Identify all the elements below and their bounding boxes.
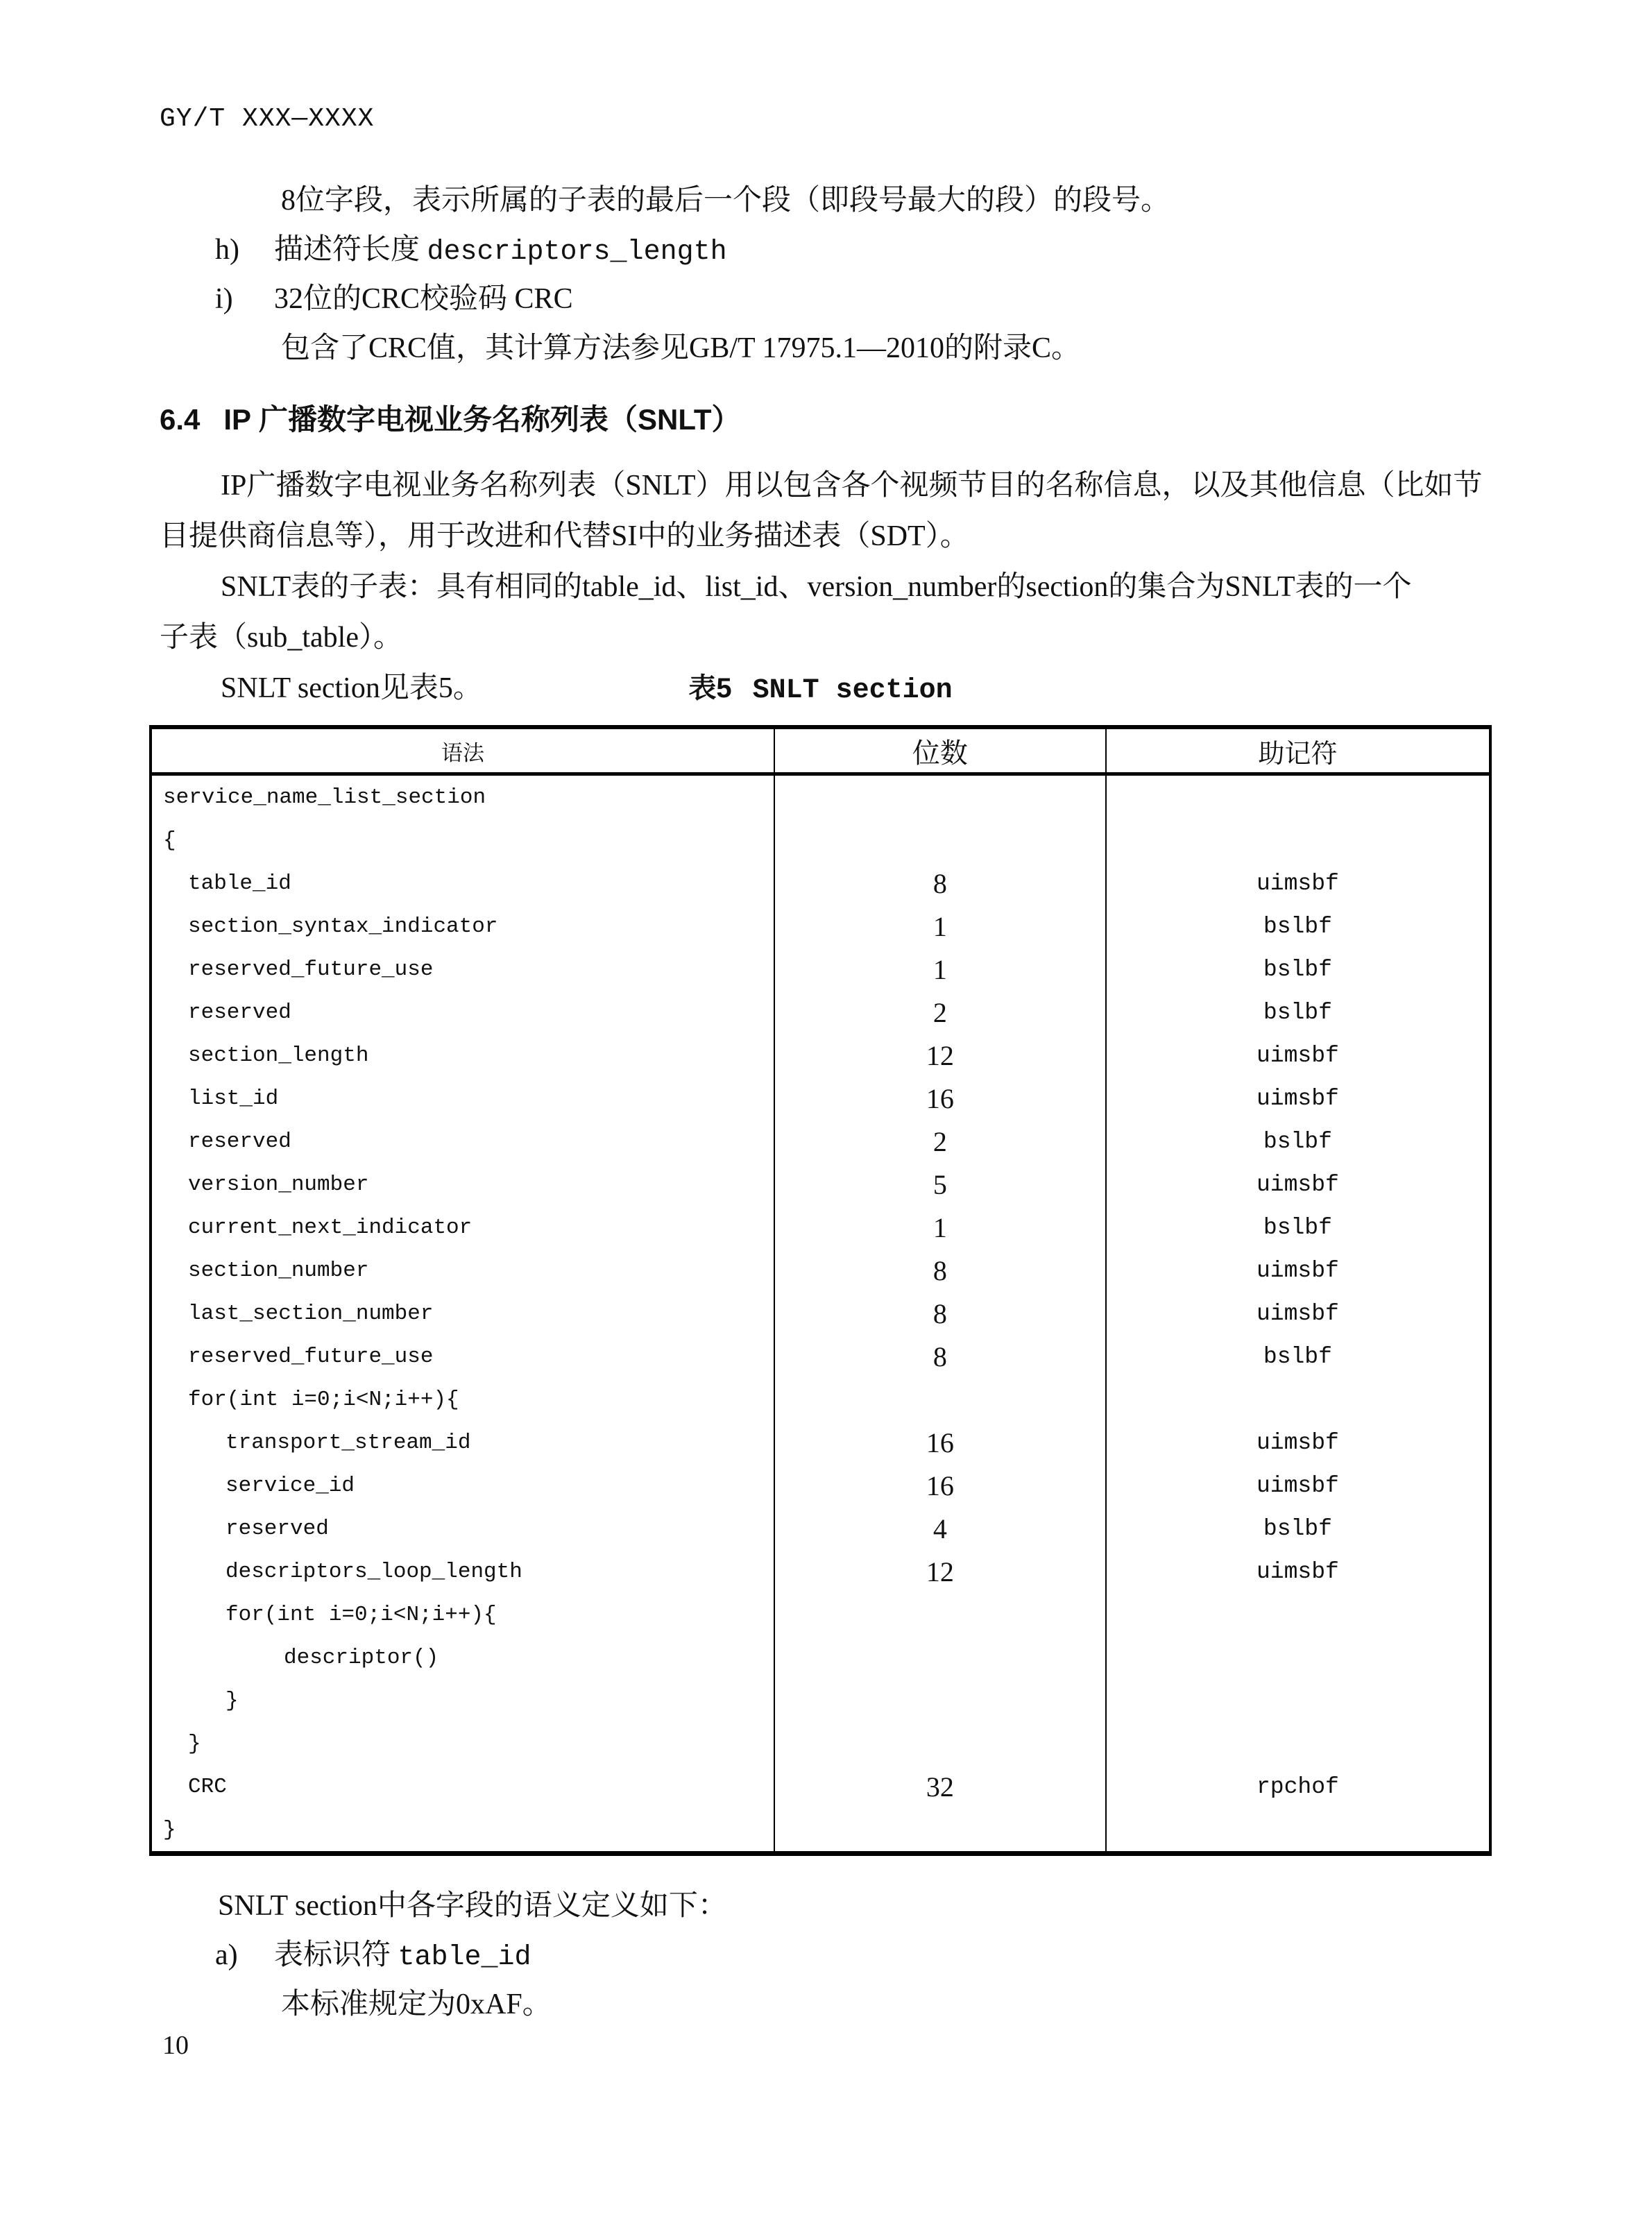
semantics-block: SNLT section中各字段的语义定义如下： a)表标识符 table_id… [160,1882,1547,2029]
bits-cell [775,1679,1107,1722]
mnemonic-cell [1107,1808,1489,1851]
mnemonic-cell: uimsbf [1107,1464,1489,1507]
syntax-cell: } [152,1679,775,1722]
mnemonic-cell: uimsbf [1107,1077,1489,1120]
syntax-cell: reserved [152,1120,775,1163]
paragraph-line: 子表（sub_table）。 [160,613,1554,663]
bits-cell [775,776,1107,819]
table-row: descriptor() [152,1636,1489,1679]
bits-cell: 12 [775,1034,1107,1077]
syntax-cell: } [152,1722,775,1765]
snlt-table-body: service_name_list_section{table_id8uimsb… [152,776,1489,1851]
bits-cell: 2 [775,1120,1107,1163]
table-row: table_id8uimsbf [152,862,1489,905]
bits-cell: 4 [775,1507,1107,1550]
paragraph-line: 目提供商信息等），用于改进和代替SI中的业务描述表（SDT）。 [160,511,1554,562]
list-item-h-label: 描述符长度 [274,234,427,266]
syntax-cell: version_number [152,1163,775,1206]
table-row: reserved_future_use8bslbf [152,1335,1489,1378]
list-item-h-code: descriptors_length [427,237,727,268]
bits-cell: 12 [775,1550,1107,1593]
document-page: GY/T XXX—XXXX 8位字段，表示所属的子表的最后一个段（即段号最大的段… [0,0,1652,2232]
bits-cell: 16 [775,1421,1107,1464]
mnemonic-cell: uimsbf [1107,1292,1489,1335]
mnemonic-cell: bslbf [1107,1206,1489,1249]
list-item-a: a)表标识符 table_id [160,1931,1547,1980]
list-marker-a: a) [215,1931,274,1980]
bits-cell: 8 [775,1249,1107,1292]
mnemonic-cell: uimsbf [1107,1034,1489,1077]
section-number: 6.4 [160,403,200,436]
syntax-cell: reserved_future_use [152,948,775,991]
table-row: for(int i=0;i<N;i++){ [152,1593,1489,1636]
table-row: transport_stream_id16uimsbf [152,1421,1489,1464]
syntax-cell: } [152,1808,775,1851]
syntax-cell: for(int i=0;i<N;i++){ [152,1378,775,1421]
table-row: for(int i=0;i<N;i++){ [152,1378,1489,1421]
mnemonic-cell: bslbf [1107,1120,1489,1163]
syntax-cell: last_section_number [152,1292,775,1335]
syntax-cell: descriptors_loop_length [152,1550,775,1593]
paragraph-line: SNLT表的子表：具有相同的table_id、list_id、version_n… [160,562,1554,613]
section-title: IP 广播数字电视业务名称列表（SNLT） [223,403,740,436]
snlt-section-table: 语法 位数 助记符 service_name_list_section{tabl… [149,725,1492,1856]
mnemonic-cell [1107,1593,1489,1636]
page-number: 10 [162,2030,189,2061]
table-row: reserved2bslbf [152,991,1489,1034]
bits-cell: 2 [775,991,1107,1034]
syntax-cell: transport_stream_id [152,1421,775,1464]
table-row: } [152,1808,1489,1851]
table-header-row: 语法 位数 助记符 [152,729,1489,776]
intro-block: 8位字段，表示所属的子表的最后一个段（即段号最大的段）的段号。 h)描述符长度 … [160,176,1547,373]
bits-cell: 8 [775,1335,1107,1378]
bits-cell [775,819,1107,862]
mnemonic-cell: bslbf [1107,991,1489,1034]
mnemonic-cell: uimsbf [1107,1249,1489,1292]
table-row: } [152,1722,1489,1765]
table-row: last_section_number8uimsbf [152,1292,1489,1335]
table-row: section_length12uimsbf [152,1034,1489,1077]
bits-cell [775,1808,1107,1851]
mnemonic-cell: uimsbf [1107,1163,1489,1206]
bits-cell [775,1378,1107,1421]
intro-line-last-section: 8位字段，表示所属的子表的最后一个段（即段号最大的段）的段号。 [160,176,1547,225]
mnemonic-cell [1107,1378,1489,1421]
list-item-i-label: 32位的CRC校验码 CRC [274,283,573,315]
section-heading: 6.4IP 广播数字电视业务名称列表（SNLT） [160,397,741,438]
syntax-cell: section_syntax_indicator [152,905,775,948]
syntax-cell: descriptor() [152,1636,775,1679]
bits-cell: 8 [775,862,1107,905]
syntax-cell: table_id [152,862,775,905]
mnemonic-cell: bslbf [1107,905,1489,948]
syntax-cell: section_length [152,1034,775,1077]
table-row: CRC32rpchof [152,1765,1489,1808]
mnemonic-cell: bslbf [1107,1335,1489,1378]
mnemonic-cell: uimsbf [1107,1550,1489,1593]
table-header-syntax: 语法 [152,729,775,772]
table-row: reserved2bslbf [152,1120,1489,1163]
table-row: service_id16uimsbf [152,1464,1489,1507]
table-row: reserved_future_use1bslbf [152,948,1489,991]
intro-line-crc-note: 包含了CRC值，其计算方法参见GB/T 17975.1—2010的附录C。 [160,324,1547,373]
semantics-value-line: 本标准规定为0xAF。 [160,1980,1547,2029]
bits-cell: 32 [775,1765,1107,1808]
syntax-cell: section_number [152,1249,775,1292]
table-row: descriptors_loop_length12uimsbf [152,1550,1489,1593]
list-marker-i: i) [215,275,274,324]
table-row: reserved4bslbf [152,1507,1489,1550]
doc-code-header: GY/T XXX—XXXX [160,104,374,134]
mnemonic-cell: uimsbf [1107,862,1489,905]
list-item-a-code: table_id [398,1942,531,1973]
bits-cell [775,1593,1107,1636]
mnemonic-cell [1107,776,1489,819]
mnemonic-cell: bslbf [1107,948,1489,991]
syntax-cell: reserved [152,1507,775,1550]
syntax-cell: list_id [152,1077,775,1120]
list-marker-h: h) [215,225,274,275]
mnemonic-cell [1107,1722,1489,1765]
table-row: { [152,819,1489,862]
bits-cell: 16 [775,1077,1107,1120]
bits-cell: 1 [775,948,1107,991]
list-item-i: i)32位的CRC校验码 CRC [160,275,1547,324]
syntax-cell: { [152,819,775,862]
mnemonic-cell: rpchof [1107,1765,1489,1808]
mnemonic-cell [1107,819,1489,862]
list-item-a-label: 表标识符 [274,1939,398,1971]
mnemonic-cell [1107,1679,1489,1722]
syntax-cell: for(int i=0;i<N;i++){ [152,1593,775,1636]
table-row: section_syntax_indicator1bslbf [152,905,1489,948]
table-row: version_number5uimsbf [152,1163,1489,1206]
syntax-cell: CRC [152,1765,775,1808]
syntax-cell: reserved [152,991,775,1034]
syntax-cell: reserved_future_use [152,1335,775,1378]
paragraph-line: IP广播数字电视业务名称列表（SNLT）用以包含各个视频节目的名称信息，以及其他… [160,461,1554,511]
table-header-bits: 位数 [775,729,1107,772]
mnemonic-cell: bslbf [1107,1507,1489,1550]
bits-cell: 1 [775,905,1107,948]
table-row: } [152,1679,1489,1722]
list-item-h: h)描述符长度 descriptors_length [160,225,1547,275]
syntax-cell: service_id [152,1464,775,1507]
table-row: section_number8uimsbf [152,1249,1489,1292]
bits-cell: 1 [775,1206,1107,1249]
bits-cell: 5 [775,1163,1107,1206]
bits-cell: 16 [775,1464,1107,1507]
syntax-cell: current_next_indicator [152,1206,775,1249]
table-caption-title: SNLT section [753,675,953,706]
mnemonic-cell: uimsbf [1107,1421,1489,1464]
semantics-intro-line: SNLT section中各字段的语义定义如下： [160,1882,1547,1931]
bits-cell: 8 [775,1292,1107,1335]
table-row: current_next_indicator1bslbf [152,1206,1489,1249]
table-row: list_id16uimsbf [152,1077,1489,1120]
table-caption-number: 表5 [688,673,731,704]
syntax-cell: service_name_list_section [152,776,775,819]
bits-cell [775,1722,1107,1765]
bits-cell [775,1636,1107,1679]
table-row: service_name_list_section [152,776,1489,819]
mnemonic-cell [1107,1636,1489,1679]
table-header-mnemonic: 助记符 [1107,729,1489,772]
table-caption: 表5SNLT section [149,666,1492,706]
